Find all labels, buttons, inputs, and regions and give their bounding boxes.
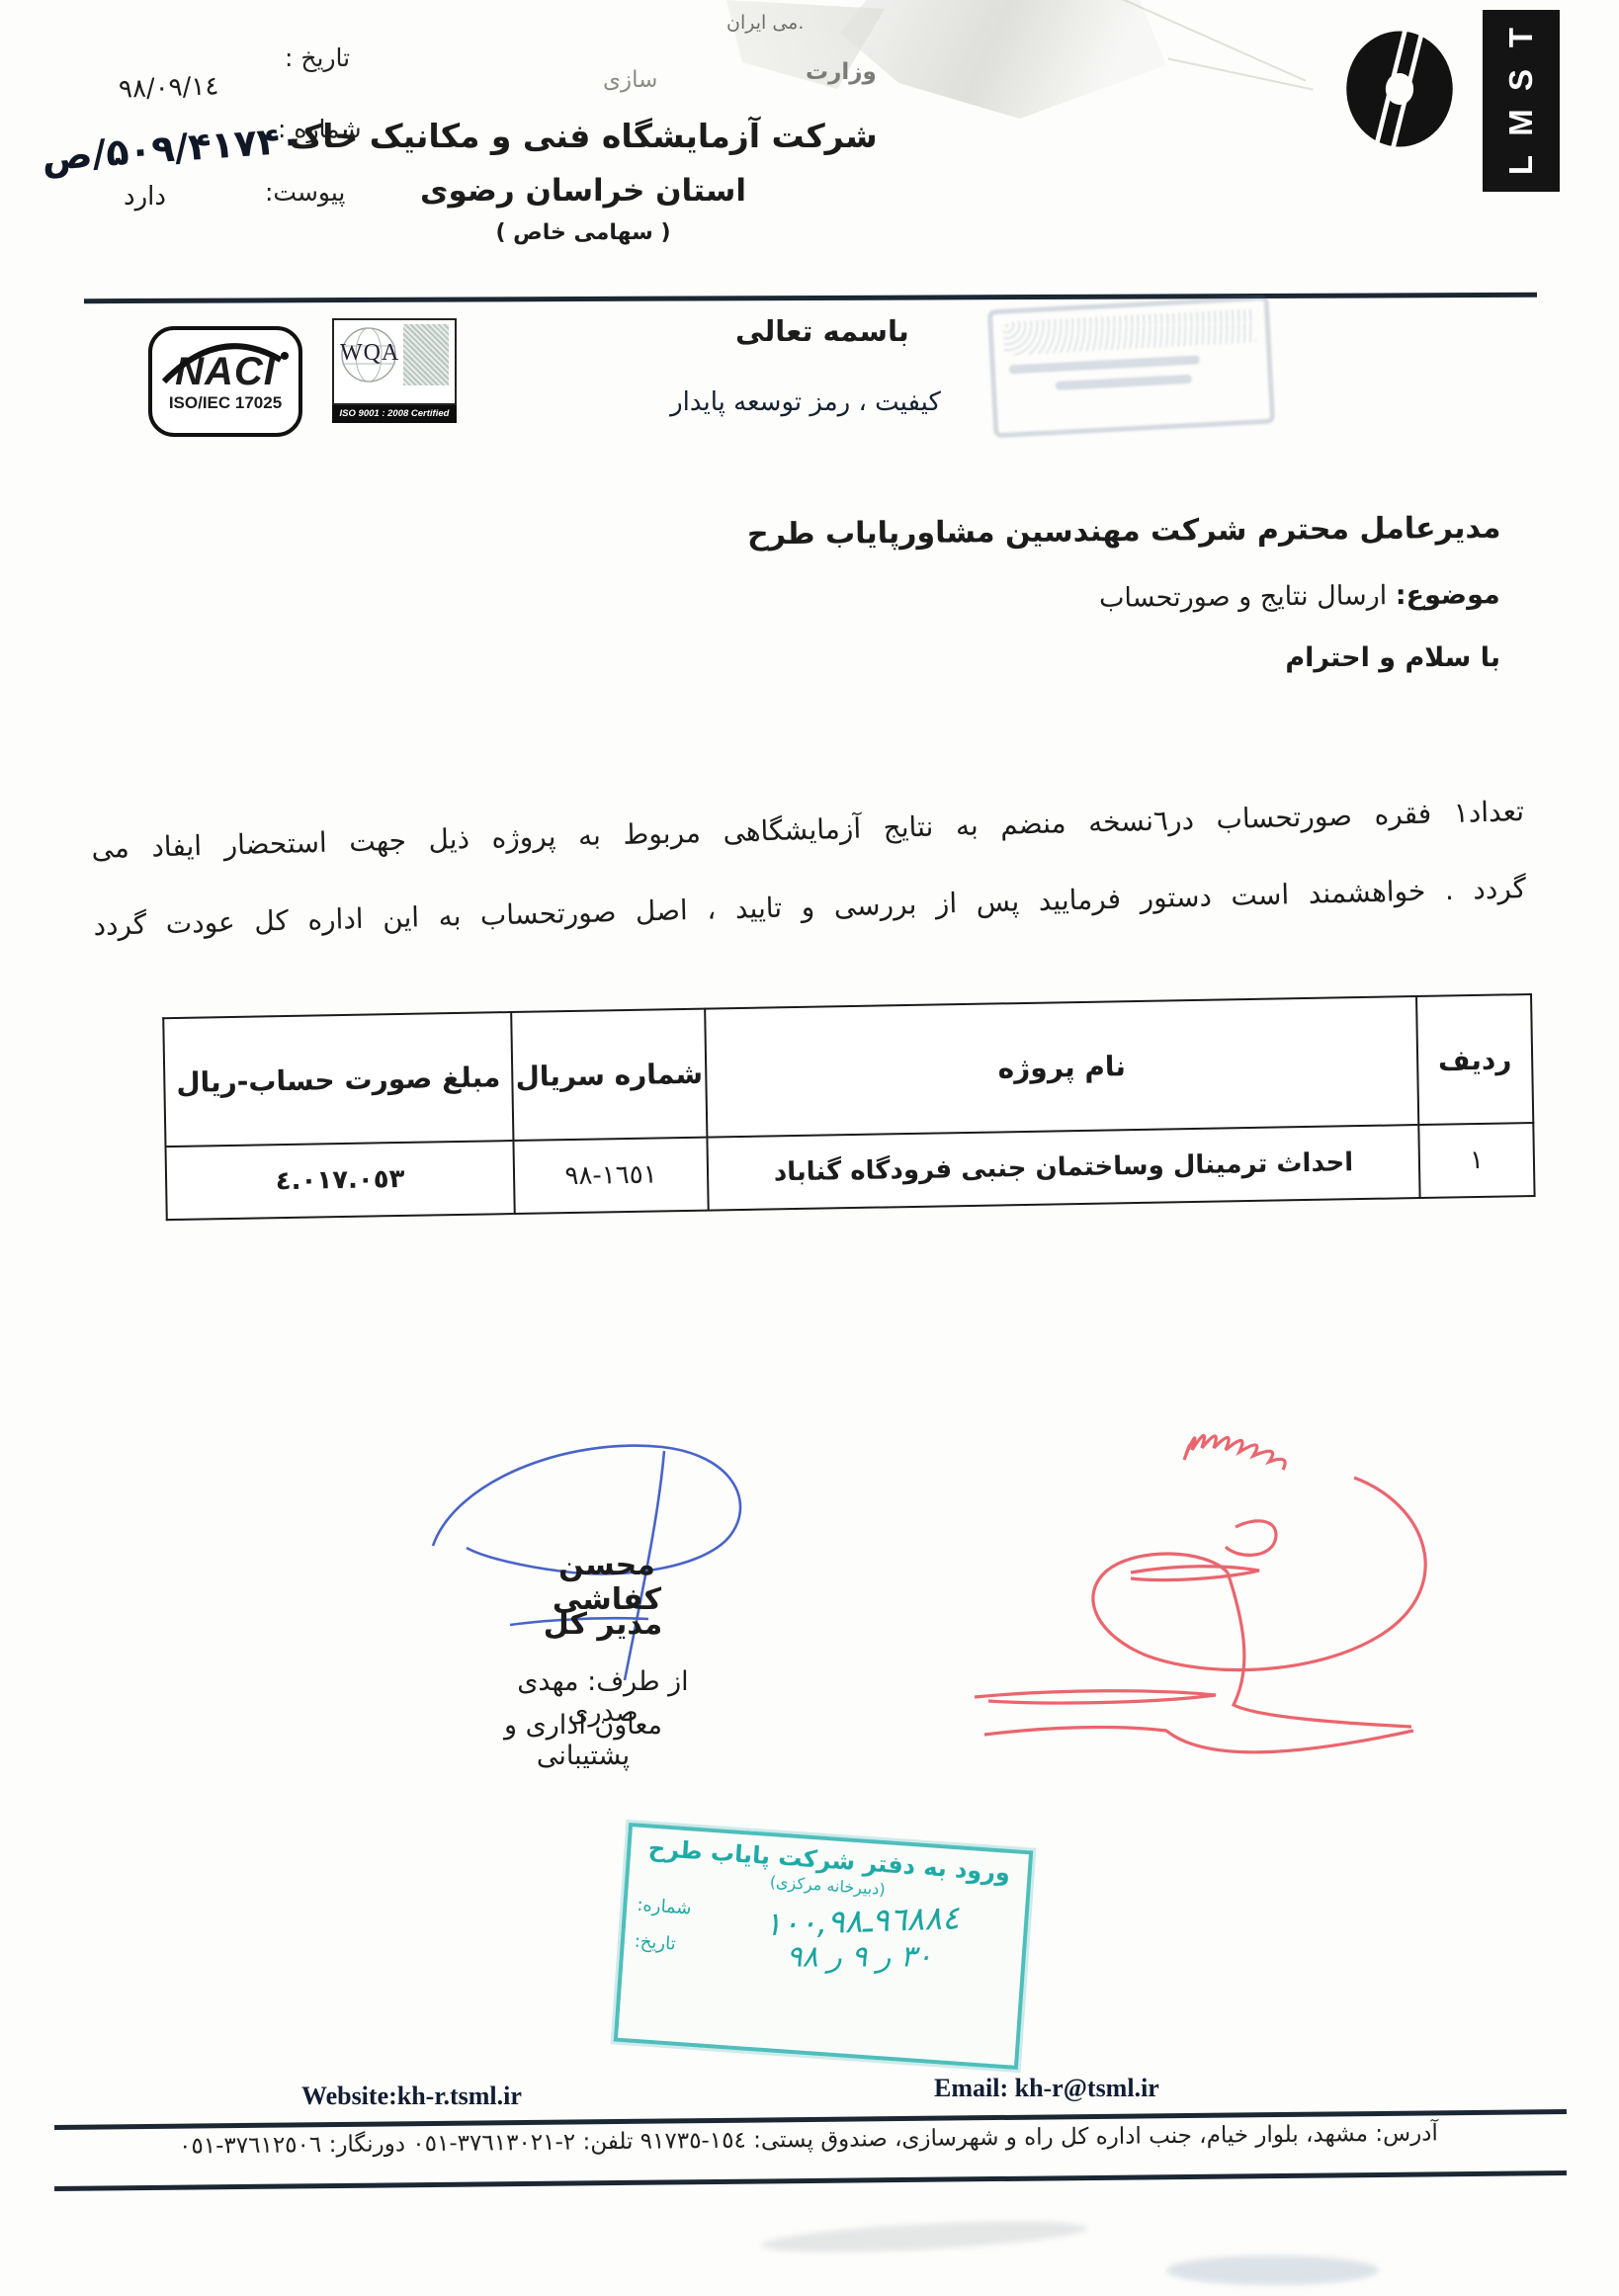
wqa-checkmark-pattern	[403, 324, 449, 385]
cell-serial: ٩٨-١٦٥١	[513, 1138, 708, 1214]
scan-smudge	[1166, 2255, 1379, 2285]
number-value: ص/۵۰۹/۴۱۷۴۰	[41, 118, 304, 179]
naci-swoosh-icon	[158, 334, 293, 385]
stamp-number-value: ١٠٠,٩٨ـ٩٦٨٨٤	[709, 1896, 1014, 1945]
serial-value: ٩٨-١٦٥١	[564, 1159, 657, 1191]
stamp-number-label: شماره:	[637, 1895, 711, 1920]
tsml-letter: S	[1503, 68, 1539, 90]
cell-project: احداث ترمینال وساختمان جنبی فرودگاه گناب…	[707, 1125, 1419, 1211]
scan-smudge	[761, 2215, 1088, 2257]
attachment-value: دارد	[124, 182, 166, 212]
ghost-text-ministry-2: سازی	[603, 67, 657, 93]
tsml-letter: M	[1503, 109, 1539, 136]
subject-line: موضوع: ارسال نتایج و صورتحساب	[1099, 579, 1500, 614]
company-name-line2: استان خراسان رضوی	[277, 173, 890, 209]
company-name-line1: شرکت آزمایشگاه فنی و مکانیک خاک	[277, 117, 890, 155]
signature-red	[919, 1408, 1492, 1764]
stamp-date-value: ۹۸ ر ۹ ر ۳۰	[707, 1940, 1011, 1975]
addressee-line: مدیرعامل محترم شرکت مهندسین مشاورپایاب ط…	[747, 511, 1501, 553]
salutation-line: با سلام و احترام	[1285, 642, 1500, 673]
scanned-letter-page: .می ایران وزارت سازی تاریخ : ٩٨/٠٩/١٤ شم…	[0, 0, 1619, 2296]
signatory-deputy-title: معاون اداری و پشتیبانی	[465, 1710, 702, 1771]
tsml-letter: L	[1503, 154, 1539, 174]
entry-stamp: ورود به دفتر شرکت پایاب طرح (دبیرخانه مر…	[614, 1823, 1033, 2070]
wqa-subtitle: ISO 9001 : 2008 Certified	[332, 405, 457, 423]
company-name-line3: ( سهامی خاص )	[277, 220, 890, 245]
table-header-row: ردیف نام پروژه شماره سریال مبلغ صورت حسا…	[163, 994, 1533, 1147]
naci-accreditation-logo: NACI ISO/IEC 17025	[148, 326, 302, 437]
signatory-title: مدیر کل	[534, 1607, 672, 1642]
invoice-table: ردیف نام پروژه شماره سریال مبلغ صورت حسا…	[162, 993, 1535, 1221]
tsml-letter: T	[1503, 27, 1539, 46]
faded-stamp	[987, 296, 1275, 439]
wqa-certification-logo: WQA ISO 9001 : 2008 Certified	[332, 318, 457, 423]
phone-label: تلفن:	[575, 2129, 640, 2156]
wqa-globe-icon: WQA	[336, 324, 401, 385]
phone-value: ٠٥١-٣٧٦١٣٠٢١-٢	[412, 2129, 575, 2157]
letter-body: تعداد١ فقره صورتحساب در٦نسخه منضم به نتا…	[90, 773, 1527, 965]
address-text: آدرس: مشهد، بلوار خیام، جنب اداره کل راه…	[746, 2120, 1438, 2153]
email-text: Email: kh-r@tsml.ir	[934, 2074, 1159, 2103]
amount-value: ٤.٠١٧.٠٥٣	[275, 1164, 404, 1196]
company-seal-icon	[1334, 24, 1465, 154]
website-text: Website:kh-r.tsml.ir	[301, 2082, 522, 2111]
col-header-amount: مبلغ صورت حساب-ریال	[163, 1012, 513, 1147]
postal-box-value: ٩١٧٣٥-١٥٤	[640, 2128, 746, 2155]
quality-slogan: کیفیت ، رمز توسعه پایدار	[608, 387, 1003, 417]
footer-divider-bottom	[54, 2170, 1567, 2191]
col-header-project: نام پروژه	[705, 996, 1418, 1138]
wqa-title: WQA	[340, 340, 399, 367]
fax-value: ٠٥١-٣٧٦١٢٥٠٦	[179, 2132, 321, 2160]
naci-subtitle: ISO/IEC 17025	[152, 393, 298, 413]
tsml-logo: T S M L	[1483, 10, 1560, 192]
ghost-text-ministry: وزارت	[806, 59, 877, 85]
crumpled-paper-shape	[840, 0, 1166, 119]
subject-text: ارسال نتایج و صورتحساب	[1099, 580, 1396, 614]
date-label: تاریخ :	[285, 43, 350, 72]
stamp-date-label: تاریخ:	[634, 1931, 708, 1957]
subject-label: موضوع:	[1396, 579, 1500, 611]
col-header-row-number: ردیف	[1416, 994, 1533, 1125]
fax-label: دورنگار:	[321, 2131, 412, 2158]
cell-amount: ٤.٠١٧.٠٥٣	[165, 1141, 514, 1220]
company-name-block: شرکت آزمایشگاه فنی و مکانیک خاک استان خر…	[277, 117, 890, 245]
date-value: ٩٨/٠٩/١٤	[119, 71, 219, 105]
col-header-serial: شماره سریال	[511, 1009, 707, 1141]
bismillah-heading: باسمه تعالی	[735, 314, 909, 348]
cell-row-number: ١	[1418, 1123, 1534, 1198]
ghost-text-iran: .می ایران	[726, 12, 804, 34]
header-divider	[84, 293, 1537, 303]
